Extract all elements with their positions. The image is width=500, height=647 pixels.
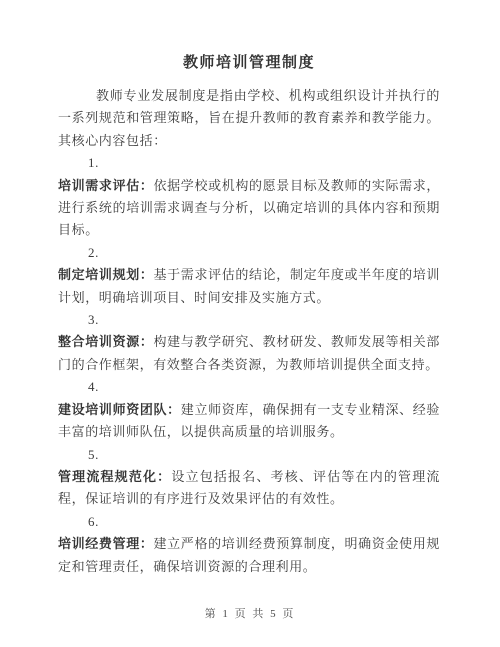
list-item-number: 1. (58, 152, 440, 174)
list-item-paragraph: 制定培训规划：基于需求评估的结论，制定年度或半年度的培训计划，明确培训项目、时间… (58, 264, 440, 309)
document-title: 教师培训管理制度 (58, 52, 440, 74)
page-footer: 第 1 页 共 5 页 (0, 605, 500, 621)
list-item-number: 5. (58, 444, 440, 466)
list-item-label: 管理流程规范化： (58, 469, 171, 484)
list-item-number: 2. (58, 242, 440, 264)
list-item-paragraph: 培训经费管理：建立严格的培训经费预算制度，明确资金使用规定和管理责任，确保培训资… (58, 533, 440, 578)
list-item-label: 制定培训规划： (58, 267, 154, 282)
intro-paragraph: 教师专业发展制度是指由学校、机构或组织设计并执行的一系列规范和管理策略，旨在提升… (58, 85, 440, 152)
list-item-label: 培训经费管理： (58, 536, 154, 551)
list-item-label: 整合培训资源： (58, 334, 154, 349)
document-page: 教师培训管理制度 教师专业发展制度是指由学校、机构或组织设计并执行的一系列规范和… (0, 0, 500, 647)
document-content: 教师培训管理制度 教师专业发展制度是指由学校、机构或组织设计并执行的一系列规范和… (0, 0, 500, 578)
list-item-label: 建设培训师资团队： (58, 402, 181, 417)
list-item-number: 4. (58, 376, 440, 398)
list-item-paragraph: 培训需求评估：依据学校或机构的愿景目标及教师的实际需求，进行系统的培训需求调查与… (58, 175, 440, 242)
list-item-number: 3. (58, 309, 440, 331)
list-item-paragraph: 建设培训师资团队：建立师资库，确保拥有一支专业精深、经验丰富的培训师队伍，以提供… (58, 399, 440, 444)
list-item-paragraph: 管理流程规范化：设立包括报名、考核、评估等在内的管理流程，保证培训的有序进行及效… (58, 466, 440, 511)
list-item-number: 6. (58, 511, 440, 533)
list-item-paragraph: 整合培训资源：构建与教学研究、教材研发、教师发展等相关部门的合作框架，有效整合各… (58, 331, 440, 376)
list-item-label: 培训需求评估： (58, 178, 154, 193)
